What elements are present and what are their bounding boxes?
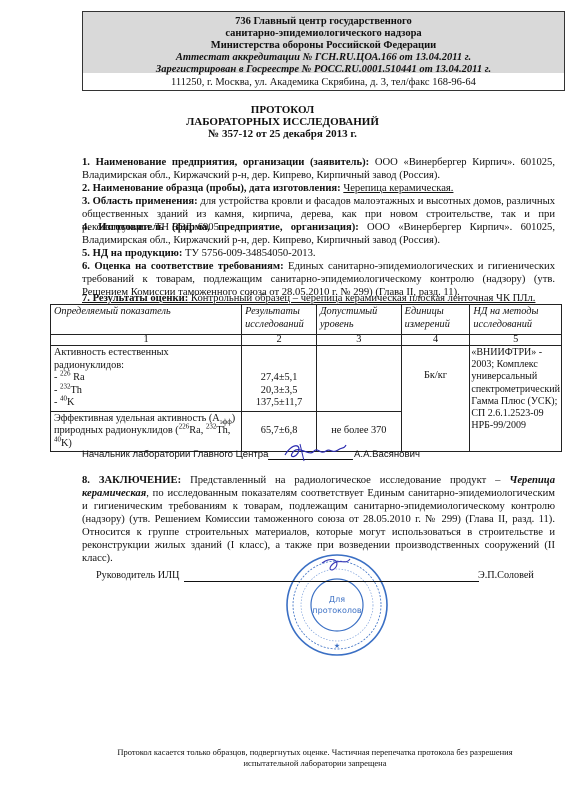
header-box: 736 Главный центр государственного санит… — [82, 11, 565, 91]
footer-note-line-1: Протокол касается только образцов, подве… — [90, 747, 540, 758]
registration-line: Зарегистрирован в Госреестре № РОСС.RU.0… — [83, 63, 564, 76]
col-number: 4 — [401, 335, 470, 346]
protocol-number: № 357-12 от 25 декабря 2013 г. — [0, 128, 565, 141]
section-2: 2. Наименование образца (пробы), дата из… — [82, 182, 555, 195]
header-units: Единицы измерений — [401, 305, 470, 335]
section-6-label: 6. Оценка на соответствие требованиям: — [82, 261, 284, 272]
nuclide-th: - 232Th — [54, 385, 238, 398]
stamp-star-icon: ★ — [334, 642, 340, 650]
mass-number: 232 — [206, 423, 217, 431]
nuclide-ra: - 226 Ra — [54, 372, 238, 385]
stamp-text-line-1: Для — [329, 595, 345, 604]
col-number: 2 — [242, 335, 317, 346]
section-3-label: 3. Область применения: — [82, 196, 198, 207]
section-7-label: 7. Результаты оценки: — [82, 293, 188, 304]
nuclide-k: - 40K — [54, 397, 238, 410]
section-1: 1. Наименование предприятия, организации… — [82, 156, 555, 182]
section-2-text: Черепица керамическая. — [343, 183, 453, 194]
conclusion-text-1: Представленный на радиологическое исслед… — [181, 475, 509, 486]
header-indicator: Определяемый показатель — [51, 305, 242, 335]
units-cell: Бк/кг — [401, 346, 470, 452]
signature-director-name: Э.П.Соловей — [478, 570, 534, 581]
section-2-label: 2. Наименование образца (пробы), дата из… — [82, 183, 341, 194]
value-th: 20,3±3,5 — [245, 385, 313, 398]
section-7-text: Контрольный образец – черепица керамичес… — [188, 293, 535, 304]
signature-director-role: Руководитель ИЛЦ — [96, 570, 179, 581]
value-k: 137,5±11,7 — [245, 397, 313, 410]
section-5-label: 5. НД на продукцию: — [82, 248, 182, 259]
mass-number: 226 — [179, 423, 190, 431]
mass-number: 40 — [60, 395, 67, 403]
indicator-text: Эффективная удельная активность (А — [54, 413, 220, 424]
signature-lab-head-role: Начальник лаборатории Главного Центра — [82, 449, 268, 460]
results-cell: 27,4±5,1 20,3±3,5 137,5±11,7 — [242, 346, 317, 412]
header-allowed: Допустимый уровень — [317, 305, 402, 335]
footer-note-line-2: испытательной лаборатории запрещена — [90, 758, 540, 769]
section-4-label: 4. Изготовитель (фирма, предприятие, орг… — [82, 222, 359, 233]
mass-number: 232 — [60, 382, 71, 390]
element-symbol: K — [67, 397, 74, 408]
table-number-row: 1 2 3 4 5 — [51, 335, 562, 346]
signature-lab-head-name: А.А.Васянович — [354, 449, 420, 460]
value-ra: 27,4±5,1 — [245, 372, 313, 385]
table-row: Активность естественных радионуклидов: -… — [51, 346, 562, 412]
table-header-row: Определяемый показатель Результаты иссле… — [51, 305, 562, 335]
mass-number: 226 — [60, 370, 71, 378]
section-4: 4. Изготовитель (фирма, предприятие, орг… — [82, 221, 555, 247]
conclusion: 8. ЗАКЛЮЧЕНИЕ: Представленный на радиоло… — [82, 474, 555, 565]
section-5: 5. НД на продукцию: ТУ 5756-009-34854050… — [82, 247, 555, 260]
header-results: Результаты исследований — [242, 305, 317, 335]
indicator-cell: Активность естественных радионуклидов: -… — [51, 346, 242, 412]
stamp-text-line-2: протоколов — [312, 606, 361, 615]
col-number: 5 — [470, 335, 562, 346]
handwritten-signature-icon — [280, 441, 350, 463]
col-number: 1 — [51, 335, 242, 346]
indicator-cell: Эффективная удельная активность (Аэфф) п… — [51, 411, 242, 452]
methods-cell: «ВНИИФТРИ» - 2003; Комплекс универсальны… — [470, 346, 562, 452]
indicator-title: Активность естественных радионуклидов: — [54, 347, 238, 372]
signature-line — [184, 581, 479, 582]
results-table: Определяемый показатель Результаты иссле… — [50, 304, 562, 452]
element-symbol: Ra, — [189, 425, 206, 436]
section-5-text: ТУ 5756-009-34854050-2013. — [182, 248, 315, 259]
element-symbol: K) — [61, 438, 72, 449]
element-symbol: Th — [71, 385, 82, 396]
official-stamp-icon: Для протоколов ★ — [282, 553, 392, 658]
element-symbol: Th, — [216, 425, 230, 436]
units-value: Бк/кг — [424, 370, 447, 381]
conclusion-label: 8. ЗАКЛЮЧЕНИЕ: — [82, 475, 181, 486]
col-number: 3 — [317, 335, 402, 346]
address-line: 111250, г. Москва, ул. Академика Скрябин… — [83, 76, 564, 89]
section-1-label: 1. Наименование предприятия, организации… — [82, 157, 369, 168]
allowed-cell — [317, 346, 402, 412]
mass-number: 40 — [54, 435, 61, 443]
header-methods: НД на методы исследований — [470, 305, 562, 335]
element-symbol: Ra — [71, 372, 85, 383]
